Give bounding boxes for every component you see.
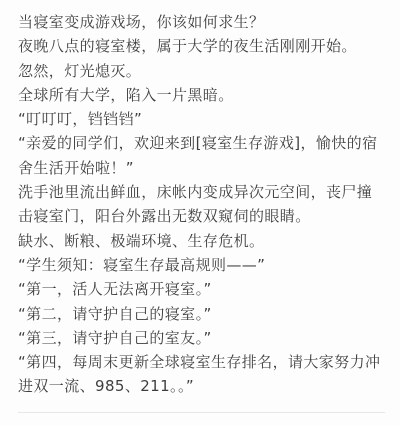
text-line-9: 击寝室门，阳台外露出无数双窥伺的眼睛。 — [18, 204, 392, 228]
text-line-13: “第二，请守护自己的寝室。” — [18, 302, 392, 326]
text-line-8: 洗手池里流出鲜血，床帐内变成异次元空间，丧尸撞 — [18, 180, 392, 204]
text-line-7: 舍生活开始啦！” — [18, 156, 392, 180]
text-line-14: “第三，请守护自己的室友。” — [18, 326, 392, 350]
novel-intro-text: 当寝室变成游戏场，你该如何求生？夜晚八点的寝室楼，属于大学的夜生活刚刚开始。忽然… — [18, 10, 392, 399]
page: 当寝室变成游戏场，你该如何求生？夜晚八点的寝室楼，属于大学的夜生活刚刚开始。忽然… — [0, 0, 400, 426]
text-line-10: 缺水、断粮、极端环境、生存危机。 — [18, 229, 392, 253]
text-line-6: “亲爱的同学们，欢迎来到[寝室生存游戏]，愉快的宿 — [18, 131, 392, 155]
text-line-4: 全球所有大学，陷入一片黑暗。 — [18, 83, 392, 107]
text-line-5: “叮叮叮，铛铛铛” — [18, 107, 392, 131]
text-line-15: “第四，每周末更新全球寝室生存排名，请大家努力冲 — [18, 350, 392, 374]
divider — [18, 412, 385, 413]
text-line-3: 忽然，灯光熄灭。 — [18, 59, 392, 83]
text-line-1: 当寝室变成游戏场，你该如何求生？ — [18, 10, 392, 34]
text-line-11: “学生须知：寝室生存最高规则——” — [18, 253, 392, 277]
text-line-2: 夜晚八点的寝室楼，属于大学的夜生活刚刚开始。 — [18, 34, 392, 58]
text-line-12: “第一，活人无法离开寝室。” — [18, 277, 392, 301]
text-line-16: 进双一流、985、211。。” — [18, 374, 392, 398]
